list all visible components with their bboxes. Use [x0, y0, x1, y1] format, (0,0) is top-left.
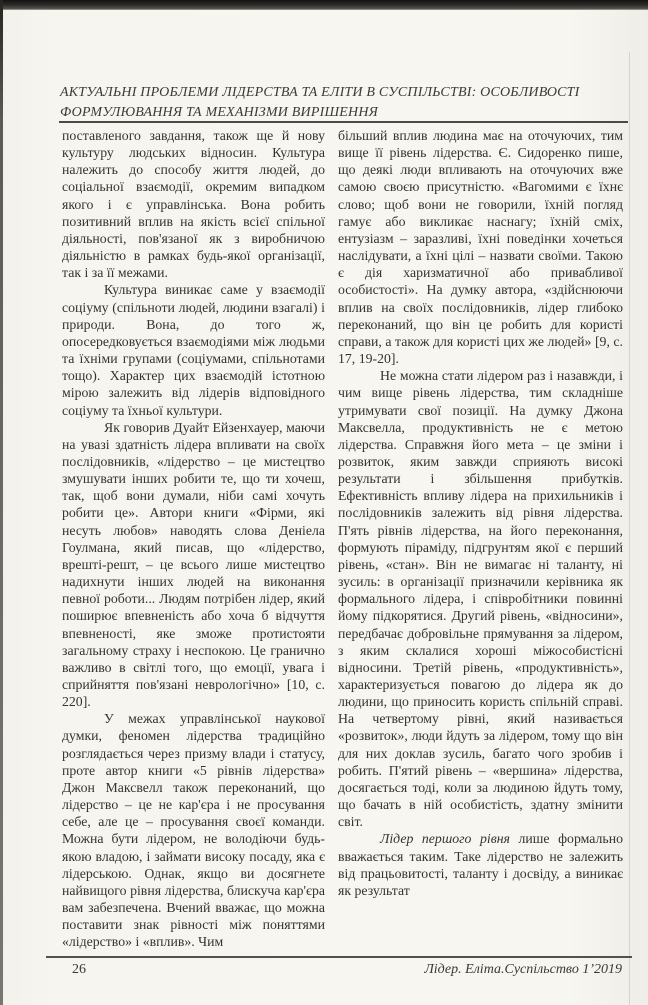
scan-left-edge [0, 0, 3, 1005]
running-head: АКТУАЛЬНІ ПРОБЛЕМИ ЛІДЕРСТВА ТА ЕЛІТИ В … [60, 83, 628, 122]
column-left: поставленого завдання, також ще й нову к… [62, 127, 325, 951]
scan-top-band [0, 0, 648, 10]
paragraph: більший вплив людина має на оточуючих, т… [338, 127, 623, 367]
footer-rule [46, 956, 632, 958]
paragraph: У межах управлінської наукової думки, фе… [62, 710, 325, 950]
paragraph: Як говорив Дуайт Ейзенхауер, маючи на ув… [62, 419, 325, 711]
paragraph: Не можна стати лідером раз і назавжди, і… [338, 367, 623, 830]
running-head-line1: АКТУАЛЬНІ ПРОБЛЕМИ ЛІДЕРСТВА ТА ЕЛІТИ В … [60, 83, 628, 103]
paragraph: Культура виникає саме у взаємодії соціум… [62, 281, 325, 418]
body-columns: поставленого завдання, також ще й нову к… [62, 127, 623, 951]
page-number: 26 [72, 962, 86, 978]
italic-lead: Лідер першого рівня [380, 831, 510, 846]
running-head-line2: ФОРМУЛЮВАННЯ ТА МЕХАНІЗМИ ВИРІШЕННЯ [60, 103, 628, 123]
running-head-rule [59, 121, 628, 123]
journal-title: Лідер. Еліта.Суспільство 1’2019 [300, 962, 622, 978]
paragraph: поставленого завдання, також ще й нову к… [62, 127, 325, 281]
scan-right-edge [629, 52, 630, 1005]
column-right: більший вплив людина має на оточуючих, т… [338, 127, 623, 951]
paragraph: Лідер першого рівня лише формально вважа… [338, 830, 623, 899]
journal-page: АКТУАЛЬНІ ПРОБЛЕМИ ЛІДЕРСТВА ТА ЕЛІТИ В … [0, 0, 648, 1005]
